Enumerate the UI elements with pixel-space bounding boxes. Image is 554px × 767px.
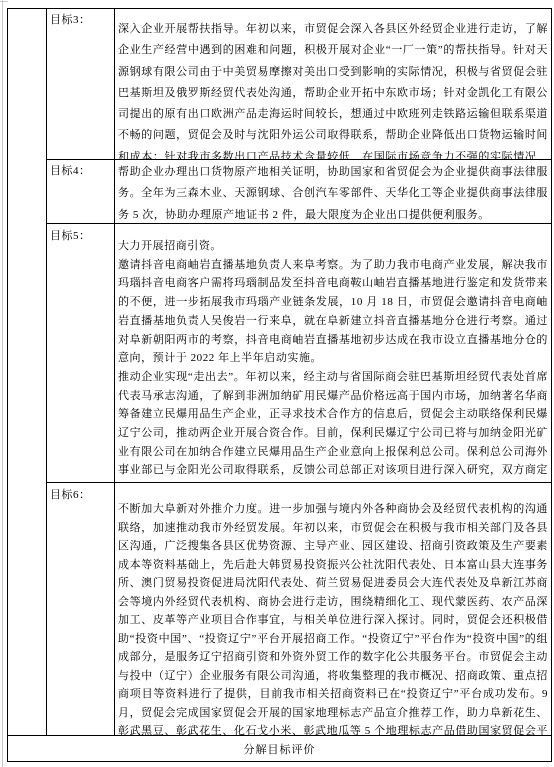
footer-row: 分解目标评价 xyxy=(8,735,551,761)
row-label: 目标4： xyxy=(47,160,115,223)
empty-column-cell xyxy=(8,9,47,735)
paragraph: 不断加大阜新对外推介力度。进一步加强与境内外各种商协会及经贸代表机构的沟通联络，… xyxy=(118,500,548,735)
rows-container: 目标3： 深入企业开展帮扶指导。年初以来，市贸促会深入各县区外经贸企业进行走访，… xyxy=(47,9,551,735)
row-content: 不断加大阜新对外推介力度。进一步加强与境内外各种商协会及经贸代表机构的沟通联络，… xyxy=(115,483,551,735)
page-margin-line xyxy=(2,0,3,767)
row-content: 大力开展招商引资。邀请抖音电商岫岩直播基地负责人来阜考察。为了助力我市电商产业发… xyxy=(115,224,551,482)
table-row: 目标6： 不断加大阜新对外推介力度。进一步加强与境内外各种商协会及经贸代表机构的… xyxy=(47,483,551,735)
page-margin-line-top xyxy=(0,1,8,2)
row-content: 深入企业开展帮扶指导。年初以来，市贸促会深入各县区外经贸企业进行走访，了解企业生… xyxy=(115,9,551,159)
paragraph: 推动企业实现“走出去”。年初以来，经主动与省国际商会驻巴基斯坦经贸代表处首席代表… xyxy=(118,368,548,483)
paragraph: 帮助企业办理出口货物原产地相关证明，协助国家和省贸促会为企业提供商事法律服务。全… xyxy=(118,162,548,224)
row-label: 目标5： xyxy=(47,224,115,482)
table-body: 目标3： 深入企业开展帮扶指导。年初以来，市贸促会深入各县区外经贸企业进行走访，… xyxy=(8,9,551,735)
row-label: 目标6： xyxy=(47,483,115,735)
paragraph: 大力开展招商引资。 xyxy=(118,237,548,256)
table-row: 目标5： 大力开展招商引资。邀请抖音电商岫岩直播基地负责人来阜考察。为了助力我市… xyxy=(47,224,551,483)
row-content: 帮助企业办理出口货物原产地相关证明，协助国家和省贸促会为企业提供商事法律服务。全… xyxy=(115,160,551,223)
table-row: 目标3： 深入企业开展帮扶指导。年初以来，市贸促会深入各县区外经贸企业进行走访，… xyxy=(47,9,551,160)
row-label: 目标3： xyxy=(47,9,115,159)
paragraph: 深入企业开展帮扶指导。年初以来，市贸促会深入各县区外经贸企业进行走访，了解企业生… xyxy=(118,19,548,160)
document-page: 目标3： 深入企业开展帮扶指导。年初以来，市贸促会深入各县区外经贸企业进行走访，… xyxy=(0,0,554,767)
table-row: 目标4： 帮助企业办理出口货物原产地相关证明，协助国家和省贸促会为企业提供商事法… xyxy=(47,160,551,224)
footer-label: 分解目标评价 xyxy=(244,741,316,757)
report-table: 目标3： 深入企业开展帮扶指导。年初以来，市贸促会深入各县区外经贸企业进行走访，… xyxy=(7,8,552,762)
paragraph: 邀请抖音电商岫岩直播基地负责人来阜考察。为了助力我市电商产业发展，解决我市玛瑙抖… xyxy=(118,256,548,368)
